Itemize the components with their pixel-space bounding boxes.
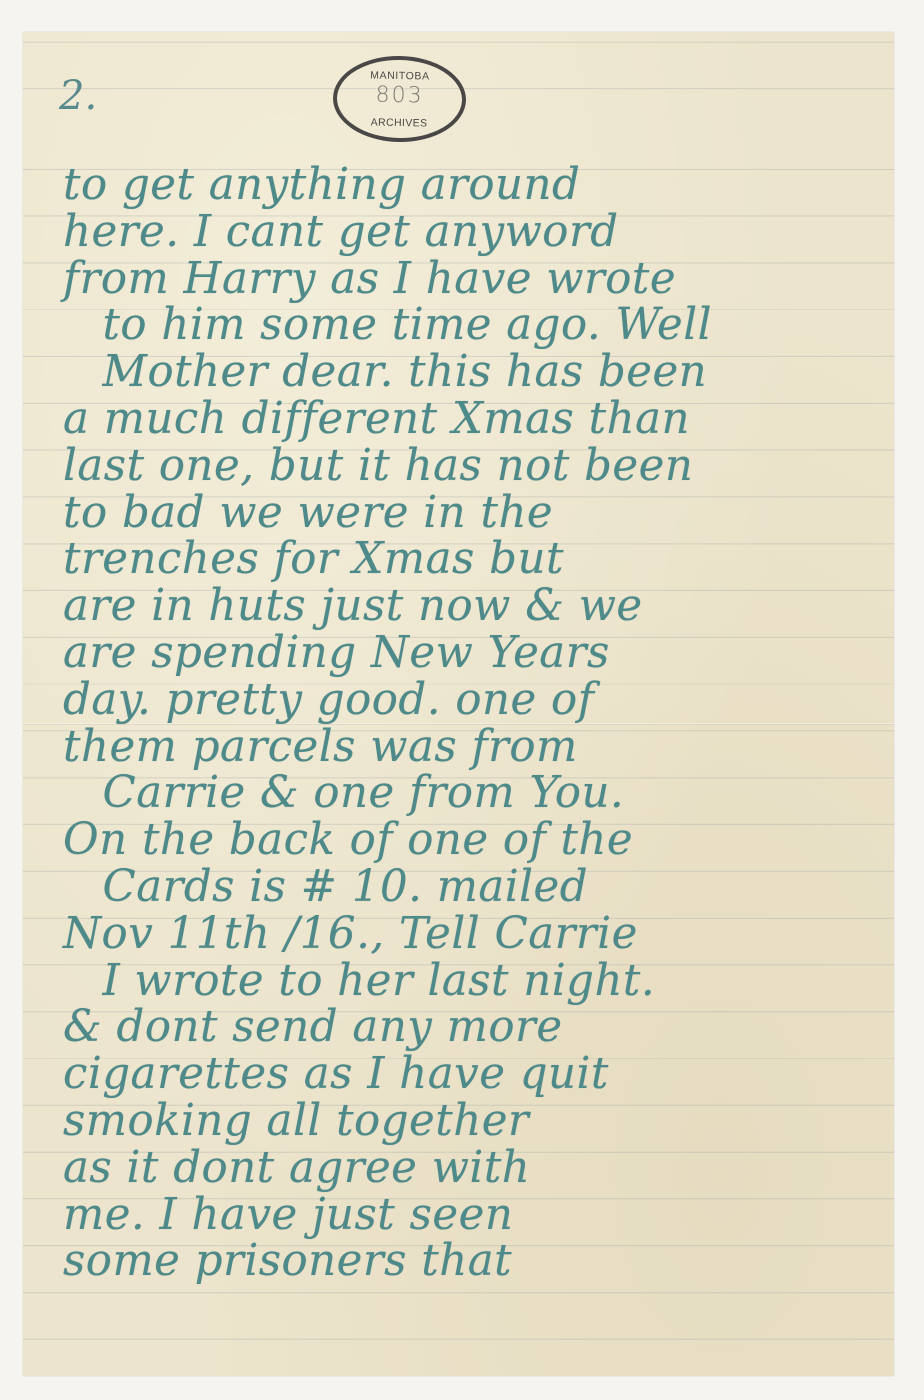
letter-line: smoking all together: [63, 1098, 883, 1145]
letter-line: to him some time ago. Well: [63, 302, 882, 349]
letter-line: Carrie & one from You.: [63, 770, 882, 817]
letter-line: are spending New Years: [63, 630, 883, 677]
letter-line: to get anything around: [63, 162, 883, 209]
letter-line: Cards is # 10. mailed: [63, 864, 882, 911]
letter-line: trenches for Xmas but: [63, 536, 883, 583]
letter-line: as it dont agree with: [63, 1145, 883, 1192]
letter-line: a much different Xmas than: [63, 396, 883, 443]
letter-line: here. I cant get anyword: [63, 209, 883, 256]
letter-line: last one, but it has not been: [63, 443, 883, 490]
letter-line: me. I have just seen: [63, 1192, 883, 1239]
stamp-bottom-text: ARCHIVES: [336, 116, 461, 130]
page-number: 2.: [59, 76, 97, 116]
stamp-number: 803: [337, 82, 462, 109]
scanned-letter-page: 2. MANITOBA 803 ARCHIVES to get anything…: [0, 0, 924, 1400]
letter-line: to bad we were in the: [63, 490, 883, 537]
letter-line: cigarettes as I have quit: [63, 1051, 883, 1098]
letter-body: to get anything around here. I cant get …: [63, 162, 893, 1285]
letter-line: Mother dear. this has been: [63, 349, 882, 396]
stamp-top-text: MANITOBA: [337, 69, 462, 83]
letter-line: Nov 11th /16., Tell Carrie: [63, 911, 883, 958]
letter-line: some prisoners that: [63, 1238, 883, 1285]
letter-line: & dont send any more: [63, 1004, 883, 1051]
letter-line: day. pretty good. one of: [63, 677, 883, 724]
letter-sheet: 2. MANITOBA 803 ARCHIVES to get anything…: [23, 32, 894, 1376]
letter-line: them parcels was from: [63, 724, 883, 771]
letter-line: are in huts just now & we: [63, 583, 883, 630]
archives-stamp: MANITOBA 803 ARCHIVES: [332, 55, 466, 143]
letter-line: from Harry as I have wrote: [63, 256, 883, 303]
letter-line: On the back of one of the: [63, 817, 883, 864]
letter-line: I wrote to her last night.: [63, 958, 882, 1005]
